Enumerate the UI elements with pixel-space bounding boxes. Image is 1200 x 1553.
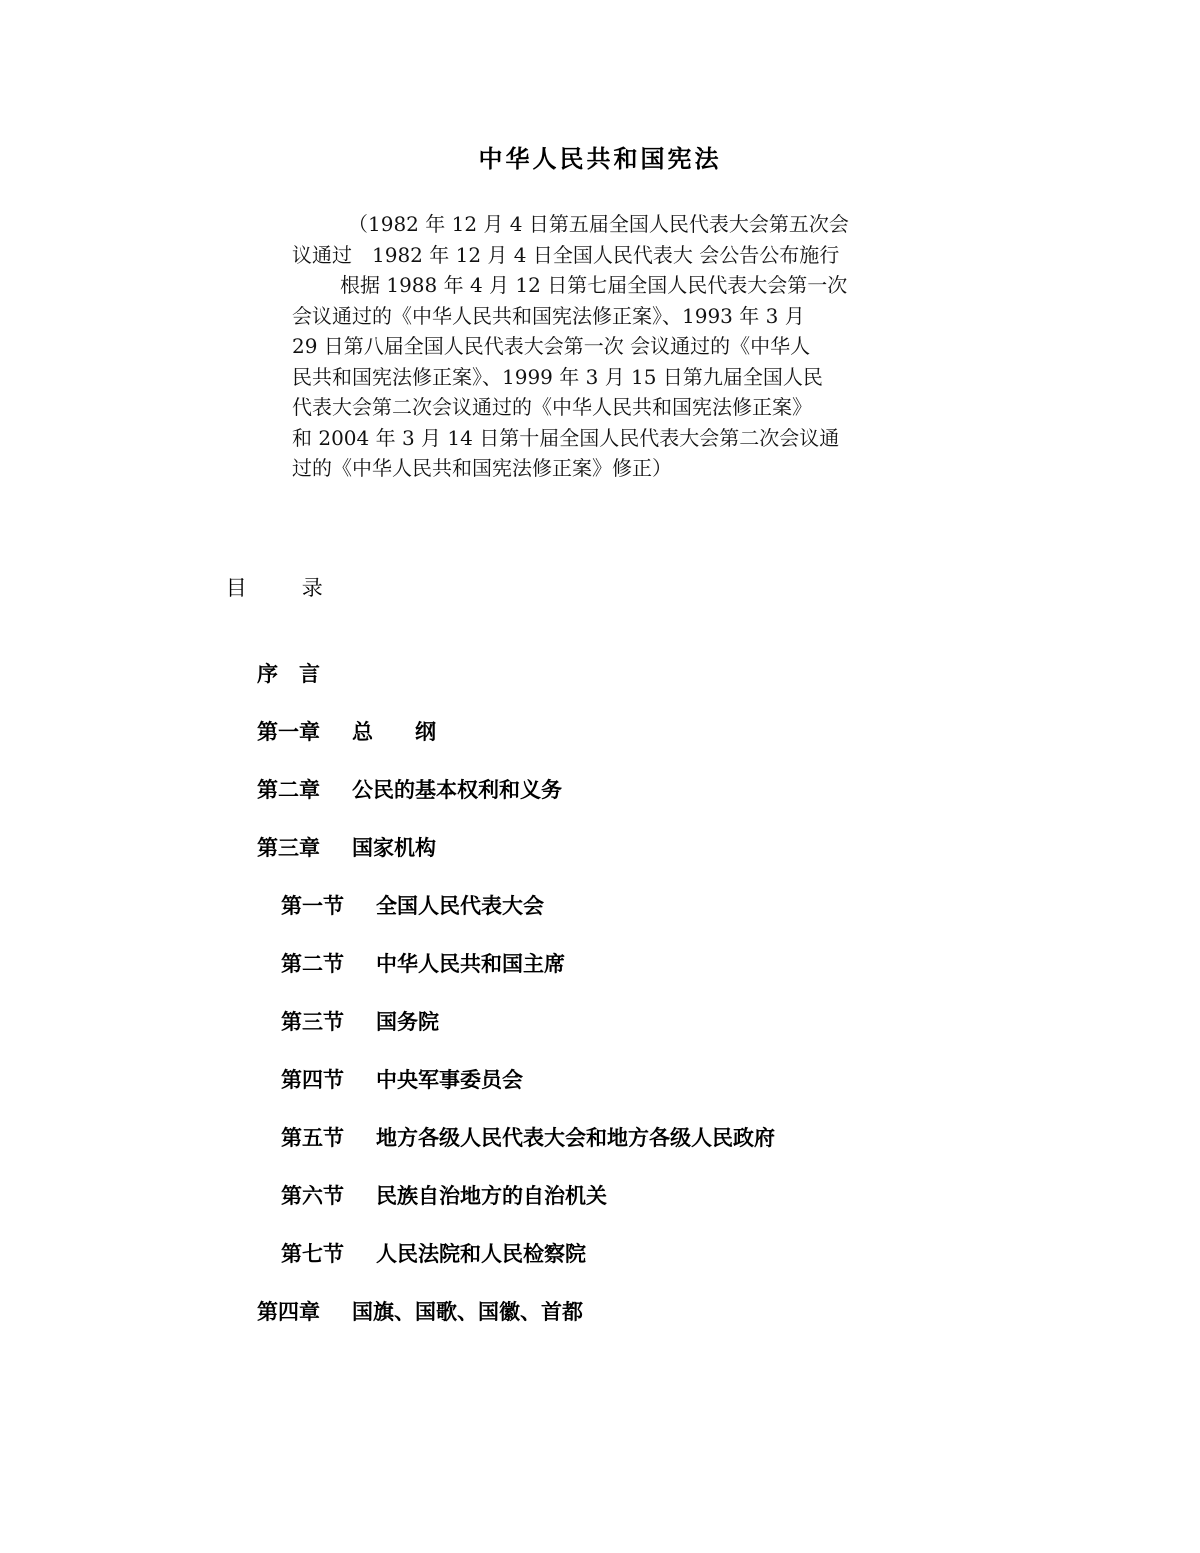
toc-item-title: 中华人民共和国主席 [376,949,565,979]
adoption-note-line: （1982 年 12 月 4 日第五届全国人民代表大会第五次会 [292,209,900,240]
toc-item-title: 民族自治地方的自治机关 [376,1181,607,1211]
toc-item-chapter-1[interactable]: 第一章 总 纲 [257,717,320,747]
document-page: 中华人民共和国宪法 （1982 年 12 月 4 日第五届全国人民代表大会第五次… [0,0,1200,1553]
toc-item-section-2[interactable]: 第二节 中华人民共和国主席 [281,949,344,979]
adoption-note-line: 代表大会第二次会议通过的《中华人民共和国宪法修正案》 [292,392,900,423]
adoption-note-line: 29 日第八届全国人民代表大会第一次 会议通过的《中华人 [292,331,900,362]
toc-heading: 目录 [199,543,323,633]
toc-item-title: 国务院 [376,1007,439,1037]
toc-item-number: 第四章 [257,1297,320,1327]
toc-item-title: 国旗、国歌、国徽、首都 [352,1297,583,1327]
adoption-note-line: 过的《中华人民共和国宪法修正案》修正） [292,453,900,484]
toc-item-title: 总 纲 [352,717,436,747]
toc-item-title: 人民法院和人民检察院 [376,1239,586,1269]
toc-item-section-1[interactable]: 第一节 全国人民代表大会 [281,891,344,921]
toc-heading-char: 录 [302,576,323,600]
toc-item-number: 第二节 [281,949,344,979]
toc-item-preface[interactable]: 序 言 [257,659,320,689]
adoption-note-line: 会议通过的《中华人民共和国宪法修正案》、1993 年 3 月 [292,301,900,332]
toc-item-chapter-2[interactable]: 第二章 公民的基本权利和义务 [257,775,320,805]
toc-item-number: 第二章 [257,775,320,805]
adoption-note-line: 和 2004 年 3 月 14 日第十届全国人民代表大会第二次会议通 [292,423,900,454]
toc-item-number: 第七节 [281,1239,344,1269]
toc-item-section-3[interactable]: 第三节 国务院 [281,1007,344,1037]
adoption-note-line: 根据 1988 年 4 月 12 日第七届全国人民代表大会第一次 [292,270,900,301]
toc-item-chapter-3[interactable]: 第三章 国家机构 [257,833,320,863]
toc-item-title: 公民的基本权利和义务 [352,775,562,805]
toc-item-title: 全国人民代表大会 [376,891,544,921]
toc-item-section-4[interactable]: 第四节 中央军事委员会 [281,1065,344,1095]
document-title: 中华人民共和国宪法 [0,142,1200,176]
toc-item-number: 第三节 [281,1007,344,1037]
adoption-note-line: 议通过 1982 年 12 月 4 日全国人民代表大 会公告公布施行 [292,240,900,271]
toc-item-number: 第三章 [257,833,320,863]
toc-item-title: 中央军事委员会 [376,1065,523,1095]
toc-item-number: 第一章 [257,717,320,747]
adoption-note-line: 民共和国宪法修正案》、1999 年 3 月 15 日第九届全国人民 [292,362,900,393]
toc-item-number: 第五节 [281,1123,344,1153]
toc-item-section-7[interactable]: 第七节 人民法院和人民检察院 [281,1239,344,1269]
toc-item-title: 地方各级人民代表大会和地方各级人民政府 [376,1123,775,1153]
toc-item-number: 第六节 [281,1181,344,1211]
adoption-note: （1982 年 12 月 4 日第五届全国人民代表大会第五次会 议通过 1982… [292,209,900,484]
toc-item-section-5[interactable]: 第五节 地方各级人民代表大会和地方各级人民政府 [281,1123,344,1153]
toc-item-number: 第一节 [281,891,344,921]
toc-item-number: 序 言 [257,659,320,689]
toc-item-section-6[interactable]: 第六节 民族自治地方的自治机关 [281,1181,344,1211]
toc-item-number: 第四节 [281,1065,344,1095]
toc-item-title: 国家机构 [352,833,436,863]
toc-heading-char: 目 [226,573,302,603]
toc-item-chapter-4[interactable]: 第四章 国旗、国歌、国徽、首都 [257,1297,320,1327]
